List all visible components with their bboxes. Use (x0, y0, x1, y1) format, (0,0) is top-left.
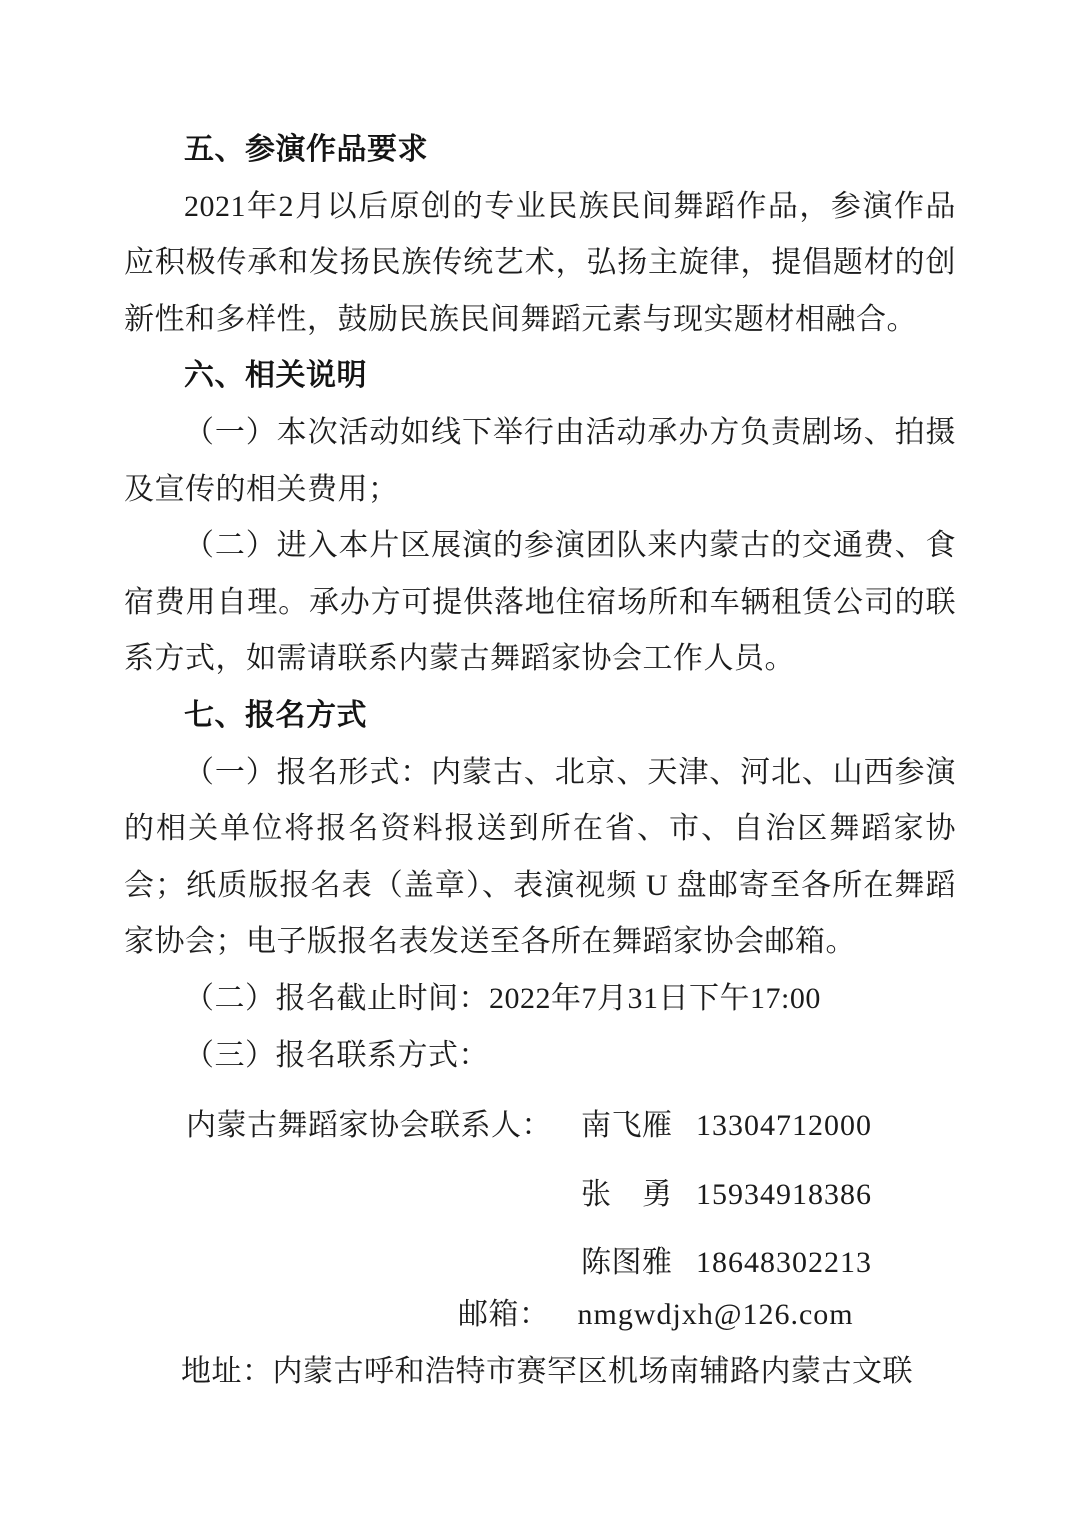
contact-label: 内蒙古舞蹈家协会联系人： (186, 1098, 581, 1155)
section-6-paragraph-1: （一）本次活动如线下举行由活动承办方负责剧场、拍摄及宣传的相关费用； (124, 405, 956, 518)
section-7-paragraph-1: （一）报名形式：内蒙古、北京、天津、河北、山西参演的相关单位将报名资料报送到所在… (124, 745, 956, 971)
contact-name-1: 南飞雁 (581, 1098, 696, 1155)
contact-row-1: 内蒙古舞蹈家协会联系人： 南飞雁 13304712000 (124, 1098, 956, 1155)
contact-block: 内蒙古舞蹈家协会联系人： 南飞雁 13304712000 张 勇 1593491… (124, 1098, 956, 1401)
email-row: 邮箱：nmgwdjxh@126.com (124, 1287, 956, 1344)
address-value: 内蒙古呼和浩特市赛罕区机场南辅路内蒙古文联 (273, 1355, 914, 1388)
contact-row-3: 陈图雅 18648302213 (124, 1235, 956, 1292)
section-7-paragraph-3: （三）报名联系方式： (124, 1028, 956, 1085)
contact-phone-3: 18648302213 (696, 1235, 872, 1292)
contact-row-2: 张 勇 15934918386 (124, 1167, 956, 1224)
contact-name-2: 张 勇 (581, 1167, 696, 1224)
document-content: 五、参演作品要求 2021年2月以后原创的专业民族民间舞蹈作品，参演作品应积极传… (124, 122, 956, 1401)
contact-phone-2: 15934918386 (696, 1167, 872, 1224)
contact-phone-1: 13304712000 (696, 1098, 872, 1155)
section-5-paragraph-1: 2021年2月以后原创的专业民族民间舞蹈作品，参演作品应积极传承和发扬民族传统艺… (124, 179, 956, 349)
section-7-paragraph-2: （二）报名截止时间：2022年7月31日下午17:00 (124, 971, 956, 1028)
section-6-heading: 六、相关说明 (124, 348, 956, 405)
email-value: nmgwdjxh@126.com (578, 1298, 854, 1331)
address-label: 地址： (181, 1355, 273, 1388)
email-label: 邮箱： (458, 1287, 550, 1344)
section-6-paragraph-2: （二）进入本片区展演的参演团队来内蒙古的交通费、食宿费用自理。承办方可提供落地住… (124, 518, 956, 688)
contact-name-3: 陈图雅 (581, 1235, 696, 1292)
address-row: 地址：内蒙古呼和浩特市赛罕区机场南辅路内蒙古文联 (124, 1344, 956, 1401)
section-7-heading: 七、报名方式 (124, 688, 956, 745)
document-page: 五、参演作品要求 2021年2月以后原创的专业民族民间舞蹈作品，参演作品应积极传… (0, 0, 1080, 1527)
section-5-heading: 五、参演作品要求 (124, 122, 956, 179)
